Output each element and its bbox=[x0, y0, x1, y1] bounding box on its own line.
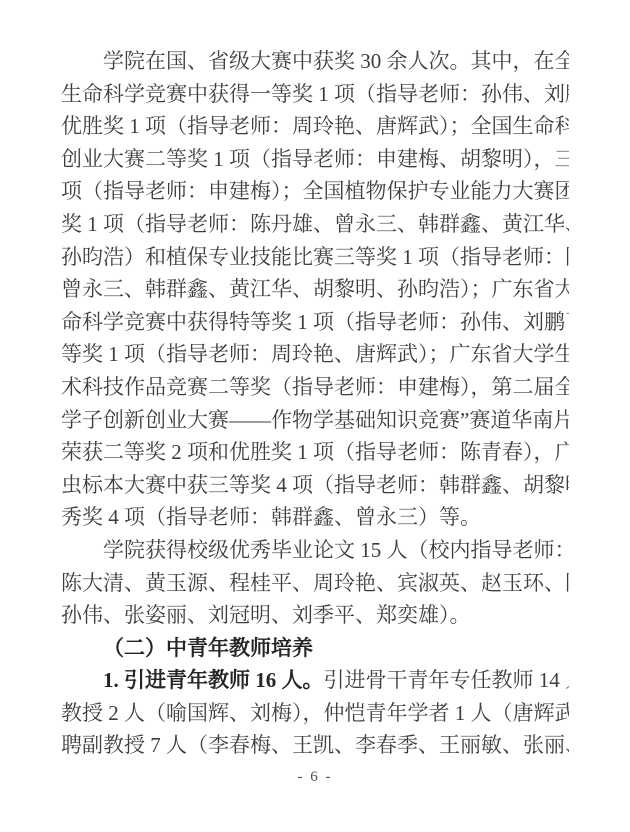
document-page: 学院在国、省级大赛中获奖 30 余人次。其中，在全国大学生生命科学竞赛中获得一等… bbox=[0, 0, 630, 832]
text-run: 项（指导老师：申建梅）；全国植物保护专业能力大赛团体三等 bbox=[61, 179, 569, 203]
text-line: 术科技作品竞赛二等奖（指导老师：申建梅），第二届全国农科 bbox=[61, 371, 569, 404]
page-footer: - 6 - bbox=[0, 769, 630, 786]
text-line: 陈大清、黄玉源、程桂平、周玲艳、宾淑英、赵玉环、陈青春、 bbox=[61, 567, 569, 600]
text-line: 学院获得校级优秀毕业论文 15 人（校内指导老师：何生根、 bbox=[61, 534, 569, 567]
text-run: 创业大赛二等奖 1 项（指导老师：申建梅、胡黎明），三等奖 1 bbox=[61, 147, 569, 171]
text-run: 陈大清、黄玉源、程桂平、周玲艳、宾淑英、赵玉环、陈青春、 bbox=[61, 571, 569, 595]
document-body: 学院在国、省级大赛中获奖 30 余人次。其中，在全国大学生生命科学竞赛中获得一等… bbox=[61, 45, 569, 762]
text-line: 曾永三、韩群鑫、黄江华、胡黎明、孙昀浩）；广东省大学生生 bbox=[61, 273, 569, 306]
text-line: 等奖 1 项（指导老师：周玲艳、唐辉武）；广东省大学生课外学 bbox=[61, 338, 569, 371]
text-line: 命科学竞赛中获得特等奖 1 项（指导老师：孙伟、刘鹏飞），三 bbox=[61, 306, 569, 339]
text-line: 孙昀浩）和植保专业技能比赛三等奖 1 项（指导老师：陈丹雄、 bbox=[61, 241, 569, 274]
text-line: 学子创新创业大赛——作物学基础知识竞赛”赛道华南片区复赛 bbox=[61, 404, 569, 437]
text-line: 荣获二等奖 2 项和优胜奖 1 项（指导老师：陈青春），广东省昆 bbox=[61, 436, 569, 469]
text-run: 孙伟、张姿丽、刘冠明、刘季平、郑奕雄）。 bbox=[61, 603, 471, 627]
text-line: 虫标本大赛中获三等奖 4 项（指导老师：韩群鑫、胡黎明），优 bbox=[61, 469, 569, 502]
text-run: 教授 2 人（喻国辉、刘梅），仲恺青年学者 1 人（唐辉武）、特 bbox=[61, 701, 569, 725]
text-line: 学院在国、省级大赛中获奖 30 余人次。其中，在全国大学生 bbox=[61, 45, 569, 78]
text-run: 荣获二等奖 2 项和优胜奖 1 项（指导老师：陈青春），广东省昆 bbox=[61, 440, 569, 464]
text-run: 奖 1 项（指导老师：陈丹雄、曾永三、韩群鑫、黄江华、胡黎明、 bbox=[61, 212, 569, 236]
text-run: 优胜奖 1 项（指导老师：周玲艳、唐辉武）；全国生命科学创新 bbox=[61, 114, 569, 138]
text-line: 创业大赛二等奖 1 项（指导老师：申建梅、胡黎明），三等奖 1 bbox=[61, 143, 569, 176]
bold-text-run: （二）中青年教师培养 bbox=[103, 636, 313, 660]
text-line: 优胜奖 1 项（指导老师：周玲艳、唐辉武）；全国生命科学创新 bbox=[61, 110, 569, 143]
text-line: 教授 2 人（喻国辉、刘梅），仲恺青年学者 1 人（唐辉武）、特 bbox=[61, 697, 569, 730]
text-run: 秀奖 4 项（指导老师：韩群鑫、曾永三）等。 bbox=[61, 505, 481, 529]
text-run: 聘副教授 7 人（李春梅、王凯、李春季、王丽敏、张丽、郑丽、 bbox=[61, 733, 569, 757]
text-run: 命科学竞赛中获得特等奖 1 项（指导老师：孙伟、刘鹏飞），三 bbox=[61, 310, 569, 334]
text-line: 聘副教授 7 人（李春梅、王凯、李春季、王丽敏、张丽、郑丽、 bbox=[61, 729, 569, 762]
text-line: 生命科学竞赛中获得一等奖 1 项（指导老师：孙伟、刘鹏飞）， bbox=[61, 78, 569, 111]
text-line: 项（指导老师：申建梅）；全国植物保护专业能力大赛团体三等 bbox=[61, 175, 569, 208]
text-run: 引进骨干青年专任教师 14 人：特聘 bbox=[324, 668, 570, 692]
text-run: 学院在国、省级大赛中获奖 30 余人次。其中，在全国大学生 bbox=[103, 49, 569, 73]
bold-text-run: 1. 引进青年教师 16 人。 bbox=[103, 668, 324, 692]
text-run: 孙昀浩）和植保专业技能比赛三等奖 1 项（指导老师：陈丹雄、 bbox=[61, 245, 569, 269]
text-run: 等奖 1 项（指导老师：周玲艳、唐辉武）；广东省大学生课外学 bbox=[61, 342, 569, 366]
text-run: 虫标本大赛中获三等奖 4 项（指导老师：韩群鑫、胡黎明），优 bbox=[61, 473, 569, 497]
text-run: 生命科学竞赛中获得一等奖 1 项（指导老师：孙伟、刘鹏飞）， bbox=[61, 82, 569, 106]
text-run: 术科技作品竞赛二等奖（指导老师：申建梅），第二届全国农科 bbox=[61, 375, 569, 399]
text-run: 曾永三、韩群鑫、黄江华、胡黎明、孙昀浩）；广东省大学生生 bbox=[61, 277, 569, 301]
text-line: 奖 1 项（指导老师：陈丹雄、曾永三、韩群鑫、黄江华、胡黎明、 bbox=[61, 208, 569, 241]
text-run: 学子创新创业大赛——作物学基础知识竞赛”赛道华南片区复赛 bbox=[61, 408, 569, 432]
text-line: 秀奖 4 项（指导老师：韩群鑫、曾永三）等。 bbox=[61, 501, 569, 534]
text-line: 1. 引进青年教师 16 人。引进骨干青年专任教师 14 人：特聘 bbox=[61, 664, 569, 697]
text-run: 学院获得校级优秀毕业论文 15 人（校内指导老师：何生根、 bbox=[103, 538, 569, 562]
text-line: 孙伟、张姿丽、刘冠明、刘季平、郑奕雄）。 bbox=[61, 599, 569, 632]
page-number: - 6 - bbox=[298, 769, 333, 785]
text-line: （二）中青年教师培养 bbox=[61, 632, 569, 665]
